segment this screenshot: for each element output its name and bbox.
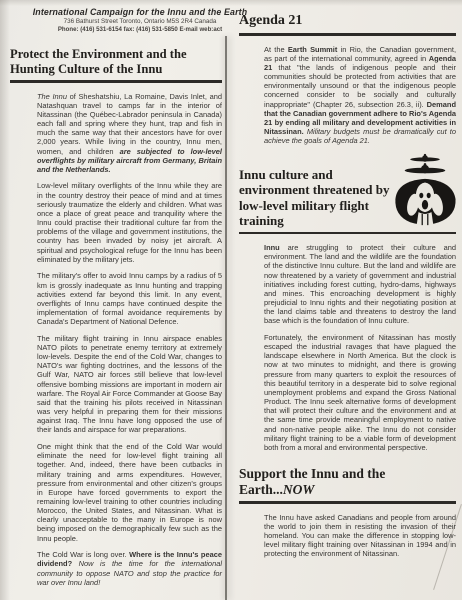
support-heading-now: NOW bbox=[283, 482, 315, 497]
page-fold-line bbox=[225, 36, 227, 600]
paragraph-text: are struggling to protect their culture … bbox=[264, 243, 456, 325]
agenda-21-heading: Agenda 21 bbox=[239, 13, 456, 29]
paragraph-lead: The Innu bbox=[37, 92, 67, 101]
agenda-body: At the Earth Summit in Rio, the Canadian… bbox=[239, 45, 456, 146]
heading-rule bbox=[10, 80, 222, 82]
campaign-contact: Phone: (416) 531-6154 fax: (416) 531-585… bbox=[24, 26, 256, 33]
paragraph: Fortunately, the environment of Nitassin… bbox=[264, 333, 456, 452]
paragraph-bold: Earth Summit bbox=[288, 45, 338, 54]
paragraph: The Innu have asked Canadians and people… bbox=[264, 513, 456, 559]
scan-left-shadow bbox=[0, 0, 10, 600]
scanned-newsletter-page: International Campaign for the Innu and … bbox=[0, 0, 462, 600]
paragraph-text: The Cold War is long over. bbox=[37, 550, 129, 559]
right-column: Agenda 21 At the Earth Summit in Rio, th… bbox=[239, 13, 456, 566]
left-column: Protect the Environment and the Hunting … bbox=[10, 47, 222, 594]
paragraph: The military flight training in Innu air… bbox=[37, 334, 222, 435]
paragraph: The Innu of Sheshatshiu, La Romaine, Dav… bbox=[37, 92, 222, 174]
paragraph-text: At the bbox=[264, 45, 288, 54]
threat-heading: Innu culture and environment threatened … bbox=[239, 167, 403, 227]
paragraph: At the Earth Summit in Rio, the Canadian… bbox=[264, 45, 456, 146]
masthead: International Campaign for the Innu and … bbox=[24, 7, 256, 33]
heading-rule bbox=[239, 33, 456, 35]
heading-rule bbox=[239, 232, 456, 234]
heading-rule bbox=[239, 501, 456, 503]
paragraph: The Cold War is long over. Where is the … bbox=[37, 550, 222, 587]
paragraph: Low-level military overflights of the In… bbox=[37, 181, 222, 263]
left-column-body: The Innu of Sheshatshiu, La Romaine, Dav… bbox=[10, 92, 222, 587]
threat-body: Innu are struggling to protect their cul… bbox=[239, 243, 456, 452]
threat-section: Innu culture and environment threatened … bbox=[239, 167, 456, 452]
support-heading: Support the Innu and the Earth...NOW bbox=[239, 466, 399, 497]
scan-top-shadow bbox=[0, 0, 462, 6]
paragraph: Innu are struggling to protect their cul… bbox=[264, 243, 456, 325]
left-section-heading: Protect the Environment and the Hunting … bbox=[10, 47, 222, 76]
support-body: The Innu have asked Canadians and people… bbox=[239, 513, 456, 559]
scream-under-jets-illustration bbox=[388, 151, 462, 227]
support-section: Support the Innu and the Earth...NOW The… bbox=[239, 466, 456, 558]
campaign-address: 736 Bathurst Street Toronto, Ontario M5S… bbox=[24, 18, 256, 25]
paragraph-lead: Innu bbox=[264, 243, 280, 252]
paragraph: The military's offer to avoid Innu camps… bbox=[37, 271, 222, 326]
paragraph: One might think that the end of the Cold… bbox=[37, 442, 222, 543]
campaign-title: International Campaign for the Innu and … bbox=[24, 7, 256, 17]
